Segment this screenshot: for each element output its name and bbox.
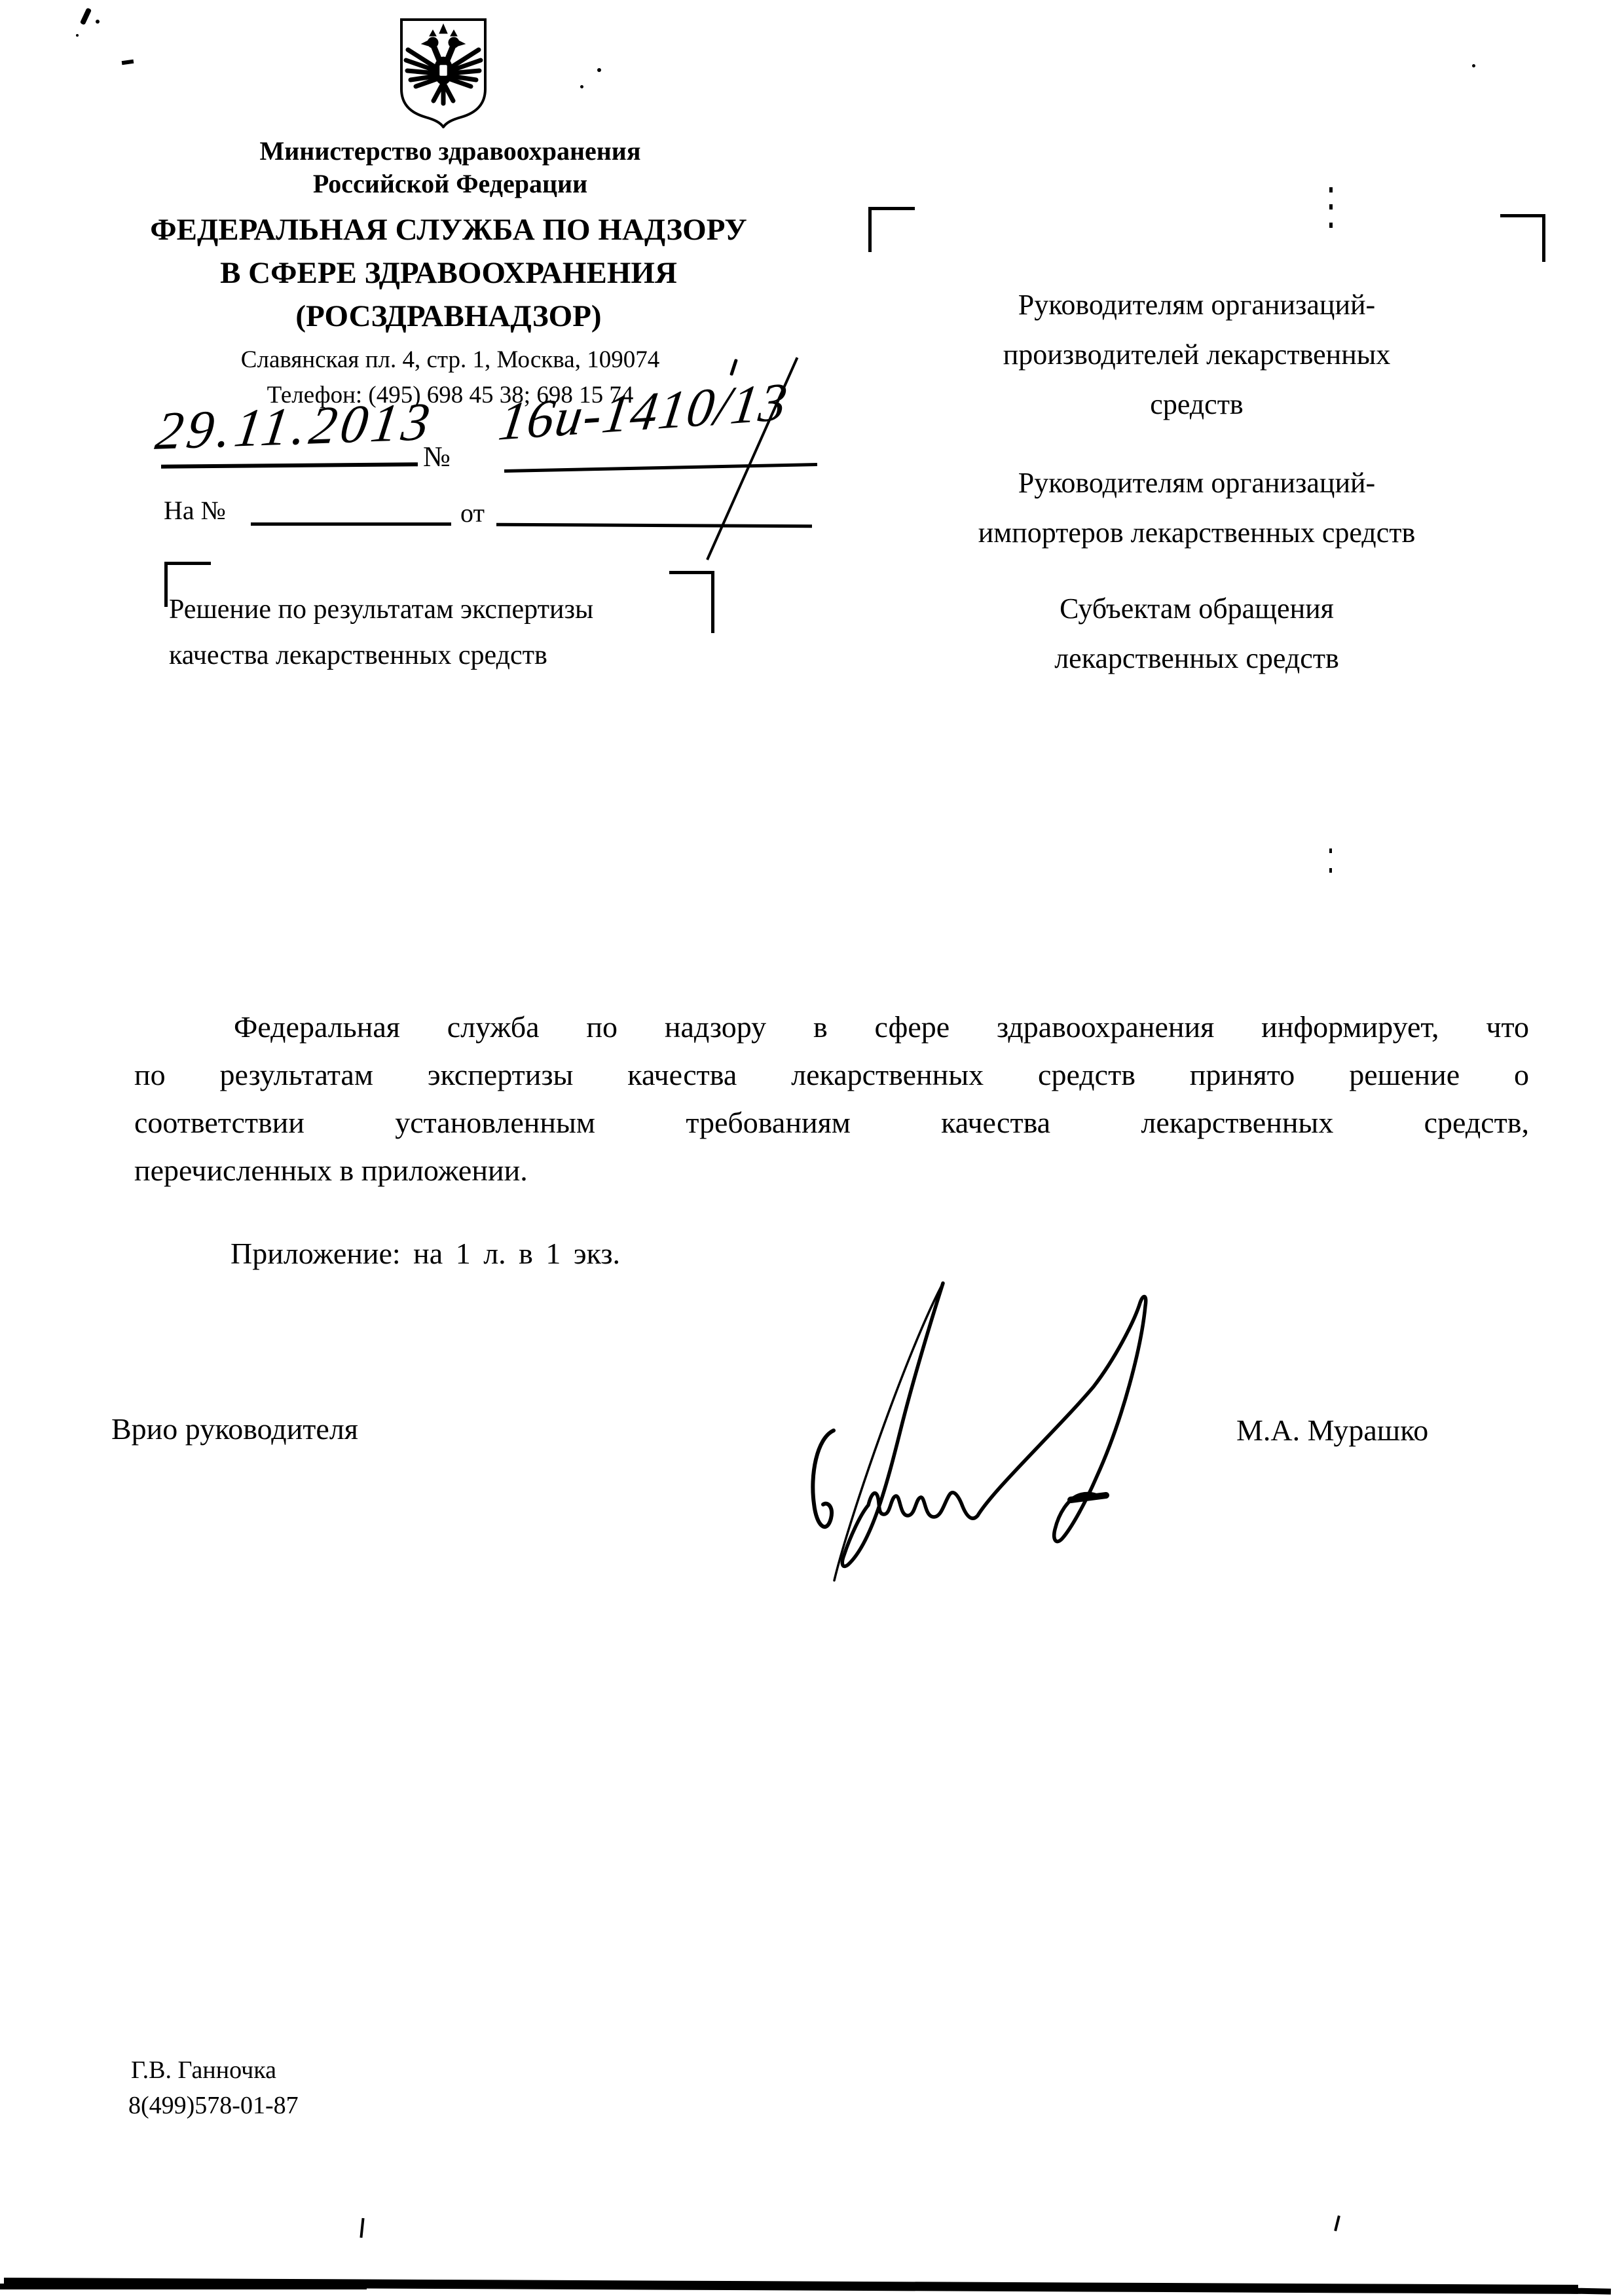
reply-from-label: от <box>460 498 485 528</box>
attachment-note: Приложение: на 1 л. в 1 экз. <box>231 1236 620 1271</box>
footer-contact-name: Г.В. Ганночка <box>131 2056 276 2085</box>
fold-mark <box>1329 187 1333 192</box>
scan-edge-bar <box>0 2284 367 2289</box>
reply-number-blank <box>251 522 451 526</box>
fold-mark <box>1329 868 1332 873</box>
reply-date-blank <box>496 523 812 528</box>
scan-edge-tick <box>1334 2215 1340 2231</box>
scan-speckle <box>122 60 134 65</box>
addressee-circulation-subjects: Субъектам обращения лекарственных средст… <box>848 584 1545 683</box>
subject-text: Решение по результатам экспертизы качест… <box>169 587 719 678</box>
number-sign: № <box>423 440 451 473</box>
fold-mark <box>1329 223 1333 228</box>
body-line: Федеральная служба по надзору в сфере зд… <box>134 1010 1529 1044</box>
addressee-importers: Руководителям организаций- импортеров ле… <box>848 458 1545 558</box>
body-line: перечисленных в приложении. <box>134 1153 1529 1188</box>
scan-speckle <box>76 34 79 37</box>
signer-position-title: Врио руководителя <box>111 1412 358 1446</box>
signature-stroke-icon <box>809 1273 1162 1601</box>
coat-of-arms-icon <box>396 16 490 128</box>
addressee-zone-corner-right <box>1500 214 1545 262</box>
scan-speckle <box>80 8 92 26</box>
scanned-letter-page: Министерство здравоохранения Российской … <box>0 0 1624 2296</box>
scan-speckle <box>1472 64 1475 67</box>
scan-speckle <box>597 68 601 72</box>
scan-speckle <box>96 20 100 24</box>
footer-contact-phone: 8(499)578-01-87 <box>128 2091 299 2120</box>
service-address: Славянская пл. 4, стр. 1, Москва, 109074 <box>151 346 750 374</box>
reply-number-label: На № <box>164 495 226 526</box>
addressee-producers: Руководителям организаций- производителе… <box>848 280 1545 429</box>
fold-mark <box>1329 204 1333 210</box>
service-name: ФЕДЕРАЛЬНАЯ СЛУЖБА ПО НАДЗОРУ В СФЕРЕ ЗД… <box>115 208 783 338</box>
body-line: по результатам экспертизы качества лекар… <box>134 1057 1529 1092</box>
date-handwritten: 29.11.2013 <box>152 391 437 462</box>
scan-speckle <box>580 85 583 88</box>
signer-name: М.А. Мурашко <box>1236 1413 1428 1448</box>
addressee-zone-corner-left <box>868 207 915 252</box>
date-underline <box>161 462 418 468</box>
body-line: соответствии установленным требованиям к… <box>134 1105 1529 1140</box>
fold-mark <box>1329 848 1332 853</box>
number-underline <box>504 463 817 473</box>
ministry-name: Министерство здравоохранения Российской … <box>151 135 750 200</box>
scan-edge-tick <box>360 2218 364 2238</box>
